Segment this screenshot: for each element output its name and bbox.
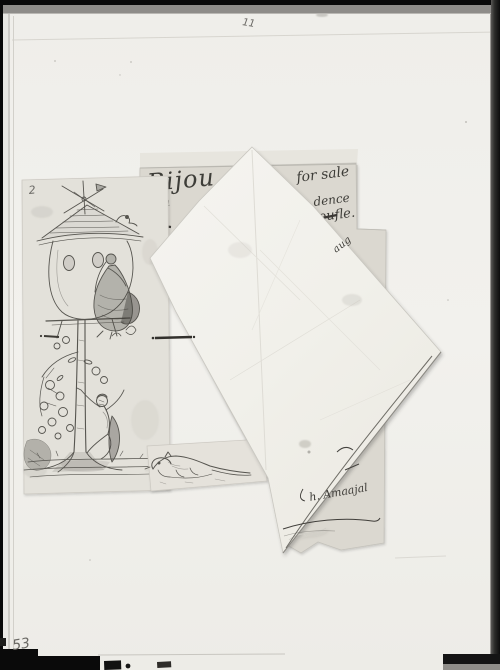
dash-end-dot: [152, 337, 155, 340]
scanned-album-page: 11 Bijou for sale a, l'h dence oufle. 2: [0, 0, 500, 670]
dovecote-hole-right: [93, 253, 104, 268]
heavy-ink-dash: [155, 337, 192, 338]
dovecote-hole-left: [64, 256, 75, 271]
frame-top-black: [0, 0, 500, 5]
frame-bottom-right-gray: [443, 664, 500, 670]
frame-bottom-left-black: [0, 656, 100, 670]
dash-end-dot-2: [193, 336, 195, 338]
frame-right-dark: [491, 0, 500, 670]
scan-canvas: 11 Bijou for sale a, l'h dence oufle. 2: [0, 0, 500, 670]
frame-bottom-right-black: [443, 654, 500, 664]
frame-top-gray: [0, 5, 500, 13]
page-edge-strip: [3, 10, 8, 665]
folio-number-bottom: 53: [11, 635, 31, 654]
bottom-mark-block: [104, 660, 121, 670]
sketch-number: 2: [28, 183, 36, 197]
bottom-mark-dot: [126, 664, 131, 669]
folio-number-top: 11: [242, 17, 256, 30]
left-edge-mark: [0, 638, 6, 646]
animal-eye: [158, 462, 160, 464]
bottom-mark-block-2: [157, 661, 171, 668]
frame-left-black: [0, 0, 3, 670]
